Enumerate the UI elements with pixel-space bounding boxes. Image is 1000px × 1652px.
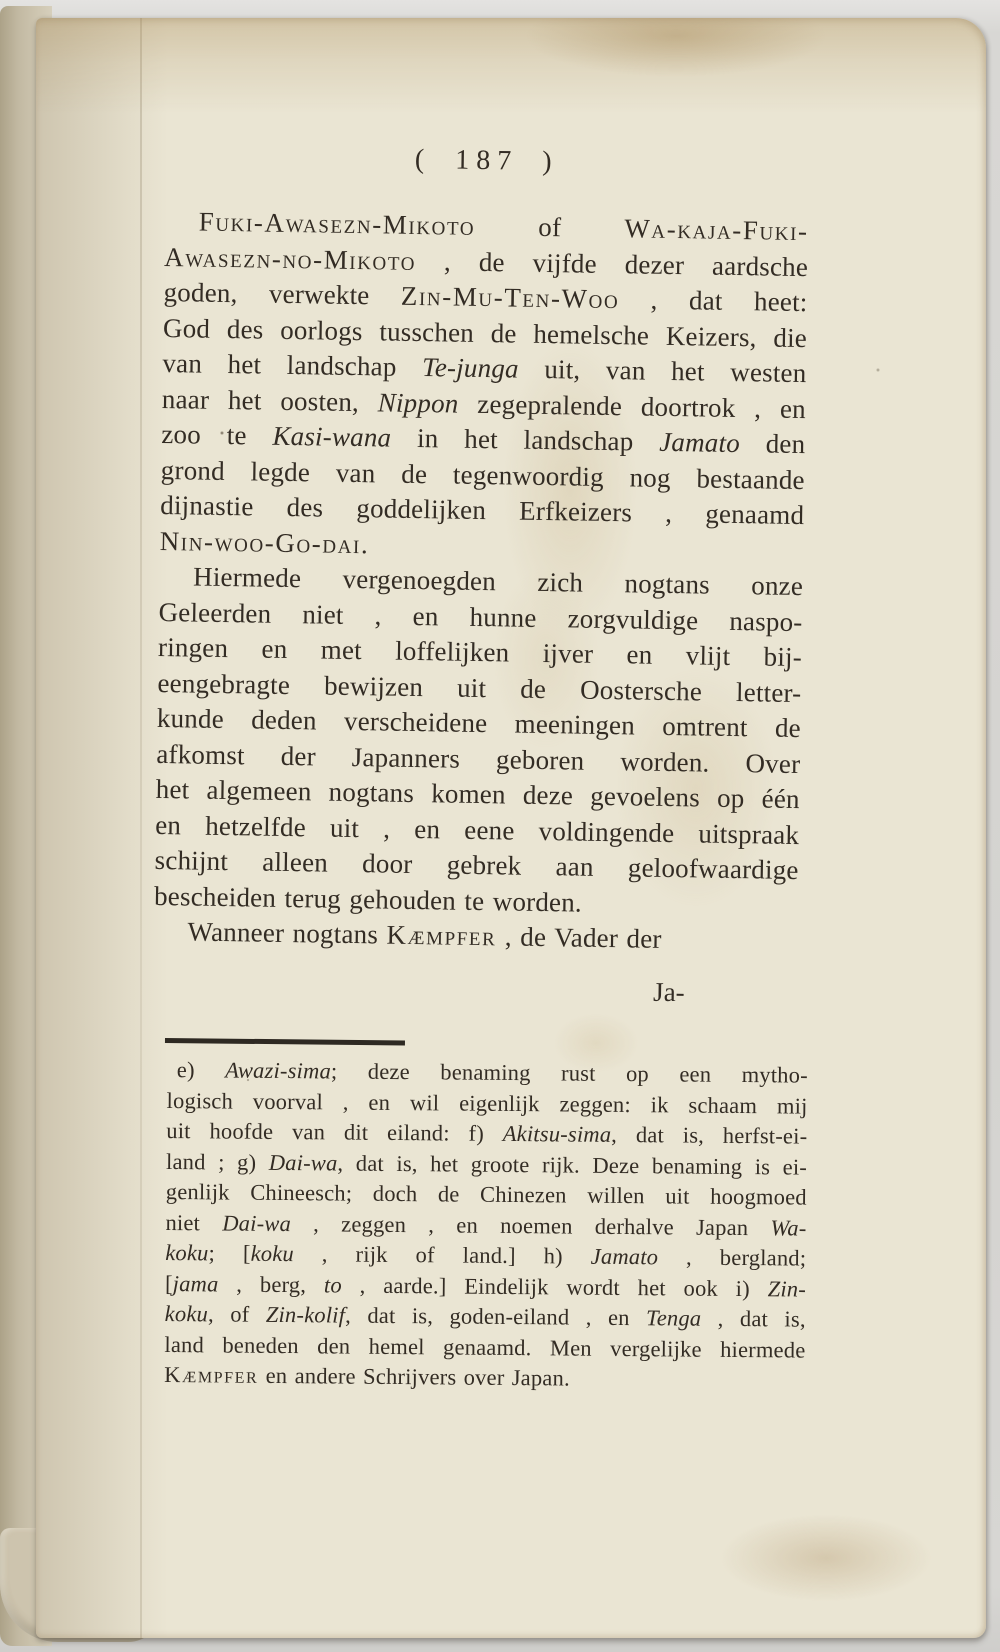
text-line: Kæmpfer en andere Schrijvers over Japan. <box>164 1360 805 1396</box>
footnote-separator-rule <box>165 1038 405 1045</box>
page-number: ( 187 ) <box>164 140 808 182</box>
page-content: ( 187 ) Fuki-Awasezn-Mikoto of Wa-kaja-F… <box>36 18 986 1638</box>
scanned-book-photo: ( 187 ) Fuki-Awasezn-Mikoto of Wa-kaja-F… <box>0 0 1000 1652</box>
text-line: koku; [koku , rijk of land.] h) Jamato ,… <box>165 1238 806 1274</box>
paragraph-2: Hiermede vergenoegden zich nogtans onzeG… <box>154 559 803 924</box>
text-line: e) Awazi-sima; deze benaming rust op een… <box>167 1055 808 1091</box>
text-line: genlijk Chineesch; doch de Chinezen will… <box>166 1177 807 1213</box>
footnote-text: e) Awazi-sima; deze benaming rust op een… <box>164 1055 808 1396</box>
text-line: koku, of Zin-kolif, dat is, goden-eiland… <box>165 1299 806 1335</box>
catchword: Ja- <box>152 966 796 1012</box>
book-page: ( 187 ) Fuki-Awasezn-Mikoto of Wa-kaja-F… <box>36 18 986 1638</box>
text-line: uit hoofde van dit eiland: f) Akitsu-sim… <box>166 1116 807 1152</box>
main-text: Fuki-Awasezn-Mikoto of Wa-kaja-Fuki-Awas… <box>152 204 808 1012</box>
paragraph-1: Fuki-Awasezn-Mikoto of Wa-kaja-Fuki-Awas… <box>159 204 808 569</box>
